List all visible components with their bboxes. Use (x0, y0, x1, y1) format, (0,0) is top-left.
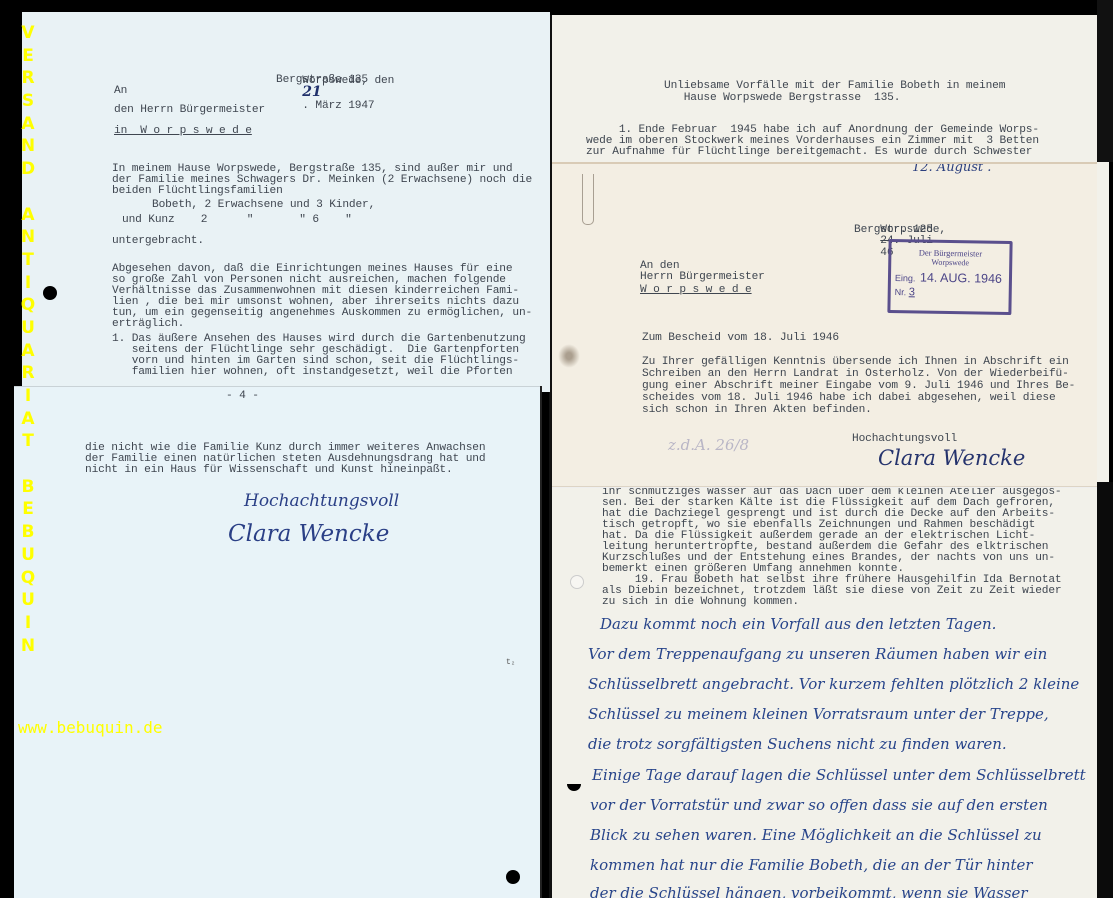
watermark-letter (18, 181, 38, 204)
watermark-letter: I (18, 272, 38, 295)
paper-damage-mark (558, 344, 580, 368)
item-line: familien hier wohnen, oft instandgesetzt… (112, 367, 512, 379)
watermark-letter (18, 453, 38, 476)
background-edge (1097, 482, 1113, 898)
watermark-letter: A (18, 340, 38, 363)
closing: Hochachtungsvoll (852, 434, 957, 446)
watermark-letter: V (18, 22, 38, 45)
letter-sheet-1946: 12. August . Worpswede, 24. Juli 46 Berg… (552, 162, 1097, 487)
watermark-letter: S (18, 90, 38, 113)
watermark-letter: Q (18, 294, 38, 317)
body-line: beiden Flüchtlingsfamilien (112, 186, 283, 198)
watermark-vertical: V E R S A N D A N T I Q U A R I A T B E … (18, 22, 38, 657)
family-line: Bobeth, 2 Erwachsene und 3 Kinder, (152, 200, 375, 212)
handwritten-line: Schlüsselbrett angebracht. Vor kurzem fe… (588, 675, 1079, 693)
punch-hole (567, 784, 581, 791)
report-item1-line: zur Aufnahme für Flüchtlinge bereitgemac… (586, 147, 1032, 159)
watermark-letter: I (18, 612, 38, 635)
received-stamp: Der Bürgermeister Worpswede Eing. 14. AU… (887, 239, 1012, 315)
punch-hole-ring (570, 575, 584, 589)
watermark-letter: N (18, 135, 38, 158)
letter-page-4-sheet: - 4 - die nicht wie die Familie Kunz dur… (14, 386, 540, 898)
watermark-letter: B (18, 521, 38, 544)
recipient-place: in W o r p s w e d e (114, 126, 252, 138)
body-line: untergebracht. (112, 236, 204, 248)
letter-street: Bergstr. 125 (854, 225, 933, 237)
handwritten-line: Dazu kommt noch ein Vorfall aus den letz… (600, 615, 996, 633)
body-line: Zu Ihrer gefälligen Kenntnis übersende i… (642, 357, 1069, 369)
handwritten-line: der die Schlüssel hängen, vorbeikommt, w… (590, 884, 1028, 898)
watermark-letter: A (18, 408, 38, 431)
stamp-line-2: Worpswede (891, 257, 1009, 268)
watermark-letter: A (18, 113, 38, 136)
recipient-line: Herrn Bürgermeister (640, 272, 765, 284)
handwritten-date: 12. August . (912, 162, 991, 175)
stamp-number-row: Nr. 3 (891, 286, 1009, 300)
handwritten-line: Schlüssel zu meinem kleinen Vorratsraum … (588, 705, 1049, 723)
handwritten-line: Blick zu sehen waren. Eine Möglichkeit a… (590, 826, 1042, 844)
watermark-letter: T (18, 430, 38, 453)
paperclip-mark (582, 174, 594, 225)
month-year-text: . März 1947 (302, 100, 374, 112)
pencil-mark: t₂ (506, 657, 515, 669)
letter-street: Bergstraße 135 (276, 75, 368, 87)
body-line: scheides vom 18. Juli 1946 habe ich dabe… (642, 393, 1056, 405)
letter-sheet-1947: Worpswede, den 21 . März 1947 Bergstraße… (22, 12, 550, 392)
watermark-letter: N (18, 635, 38, 658)
report-line: zu sich in die Wohnung kommen. (602, 597, 799, 609)
handwritten-line: die trotz sorgfältigsten Suchens nicht z… (588, 735, 1007, 753)
page-number: - 4 - (226, 391, 259, 403)
body-line: gung einer Abschrift meiner Eingabe vom … (642, 381, 1075, 393)
signature: Clara Wencke (228, 521, 389, 547)
handwritten-line: Einige Tage darauf lagen die Schlüssel u… (592, 766, 1086, 784)
recipient-line: W o r p s w e d e (640, 285, 752, 297)
stamp-received-date: 14. AUG. 1946 (920, 270, 1002, 285)
pencil-note: z.d.A. 26/8 (668, 436, 749, 454)
watermark-letter: I (18, 385, 38, 408)
handwritten-line: Vor dem Treppenaufgang zu unseren Räumen… (588, 645, 1047, 663)
report-title-line-1: Unliebsame Vorfälle mit der Familie Bobe… (664, 81, 1005, 93)
body-line: erträglich. (112, 319, 184, 331)
watermark-letter: N (18, 226, 38, 249)
family-line: und Kunz 2 " " 6 " (122, 215, 352, 227)
watermark-letter: A (18, 204, 38, 227)
stamp-number-label: Nr. (895, 287, 907, 297)
body-line: Schreiben an den Herrn Landrat in Osterh… (642, 369, 1069, 381)
watermark-letter: E (18, 45, 38, 68)
handwritten-closing: Hochachtungsvoll (244, 491, 399, 511)
watermark-letter: U (18, 544, 38, 567)
stamp-received-row: Eing. 14. AUG. 1946 (891, 268, 1009, 288)
handwritten-line: kommen hat nur die Familie Bobeth, die a… (590, 856, 1033, 874)
report-title-line-2: Hause Worpswede Bergstrasse 135. (664, 93, 900, 105)
watermark-url: www.bebuquin.de (18, 718, 163, 737)
watermark-letter: U (18, 317, 38, 340)
recipient: den Herrn Bürgermeister (114, 105, 265, 117)
watermark-letter: T (18, 249, 38, 272)
watermark-letter: R (18, 362, 38, 385)
watermark-letter: U (18, 589, 38, 612)
signature: Clara Wencke (878, 446, 1025, 470)
background-edge (1097, 0, 1113, 162)
body-line: sich schon in Ihren Akten befinden. (642, 405, 872, 417)
handwritten-line: vor der Vorratstür und zwar so offen das… (590, 796, 1048, 814)
letter-date: Worpswede, den 21 . März 1947 (276, 64, 394, 124)
punch-hole (506, 870, 520, 884)
stamp-received-label: Eing. (895, 273, 916, 283)
watermark-letter: Q (18, 567, 38, 590)
watermark-letter: B (18, 476, 38, 499)
salutation-an: An (114, 86, 127, 98)
watermark-letter: E (18, 498, 38, 521)
letter-subject: Zum Bescheid vom 18. Juli 1946 (642, 333, 839, 345)
stamp-number: 3 (909, 286, 915, 298)
watermark-letter: D (18, 158, 38, 181)
punch-hole (43, 286, 57, 300)
watermark-letter: R (18, 67, 38, 90)
body-line: nicht in ein Haus für Wissenschaft und K… (85, 465, 453, 477)
